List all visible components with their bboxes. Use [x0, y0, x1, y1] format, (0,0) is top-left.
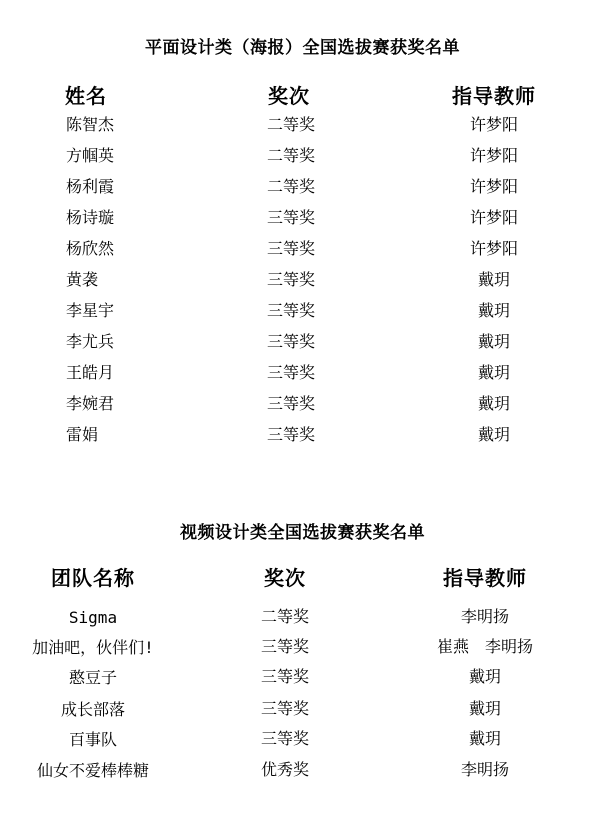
award-cell: 优秀奖	[225, 761, 345, 781]
name-cell: 杨欣然	[66, 240, 114, 260]
table-row: 成长部落 三等奖 戴玥	[0, 700, 605, 724]
table1-header-award: 奖次	[229, 85, 349, 109]
team-cell: Sigma	[7, 608, 179, 628]
name-cell: 杨诗璇	[66, 209, 114, 229]
award-cell: 三等奖	[225, 638, 345, 658]
teacher-cell: 戴玥	[404, 395, 584, 415]
table-row: 杨欣然 三等奖 许梦阳	[0, 240, 605, 264]
table-row: 黄袭 三等奖 戴玥	[0, 271, 605, 295]
award-cell: 三等奖	[231, 333, 351, 353]
table2-header-team: 团队名称	[7, 567, 179, 591]
name-cell: 王皓月	[66, 364, 114, 384]
name-cell: 李尤兵	[66, 333, 114, 353]
teacher-cell: 李明扬	[395, 608, 575, 628]
award-cell: 三等奖	[231, 240, 351, 260]
table-row: 杨利霞 二等奖 许梦阳	[0, 178, 605, 202]
table-row: 王皓月 三等奖 戴玥	[0, 364, 605, 388]
award-cell: 三等奖	[231, 209, 351, 229]
table2-header-row: 团队名称 奖次 指导教师	[0, 567, 605, 591]
name-cell: 雷娟	[66, 426, 98, 446]
team-cell: 仙女不爱棒棒糖	[7, 761, 179, 781]
name-cell: 李婉君	[66, 395, 114, 415]
team-cell: 成长部落	[7, 700, 179, 720]
teacher-cell: 戴玥	[404, 426, 584, 446]
teacher-cell: 许梦阳	[404, 178, 584, 198]
award-cell: 三等奖	[231, 302, 351, 322]
award-cell: 二等奖	[225, 608, 345, 628]
section2-title: 视频设计类全国选拔赛获奖名单	[0, 522, 605, 544]
teacher-cell: 戴玥	[404, 271, 584, 291]
teacher-cell: 许梦阳	[404, 240, 584, 260]
table-row: 杨诗璇 三等奖 许梦阳	[0, 209, 605, 233]
teacher-cell: 许梦阳	[404, 147, 584, 167]
table1-header-teacher: 指导教师	[404, 85, 584, 109]
teacher-cell: 戴玥	[404, 302, 584, 322]
teacher-cell: 戴玥	[404, 333, 584, 353]
table-row: 李星宇 三等奖 戴玥	[0, 302, 605, 326]
teacher-cell: 戴玥	[395, 668, 575, 688]
award-cell: 二等奖	[231, 178, 351, 198]
team-cell: 加油吧，伙伴们!	[7, 638, 179, 658]
table-row: 加油吧，伙伴们! 三等奖 崔燕 李明扬	[0, 638, 605, 662]
award-cell: 三等奖	[225, 700, 345, 720]
name-cell: 李星宇	[66, 302, 114, 322]
teacher-cell: 许梦阳	[404, 116, 584, 136]
table1-header-row: 姓名 奖次 指导教师	[0, 85, 605, 109]
table-row: 雷娟 三等奖 戴玥	[0, 426, 605, 450]
teacher-cell: 戴玥	[404, 364, 584, 384]
award-cell: 三等奖	[231, 271, 351, 291]
award-cell: 三等奖	[231, 426, 351, 446]
table-row: Sigma 二等奖 李明扬	[0, 608, 605, 632]
team-cell: 百事队	[7, 730, 179, 750]
table1-header-name: 姓名	[65, 85, 107, 109]
teacher-cell: 崔燕 李明扬	[395, 638, 575, 658]
award-cell: 三等奖	[225, 668, 345, 688]
name-cell: 方帼英	[66, 147, 114, 167]
award-cell: 三等奖	[231, 364, 351, 384]
teacher-cell: 戴玥	[395, 730, 575, 750]
table2-header-teacher: 指导教师	[395, 567, 575, 591]
award-cell: 二等奖	[231, 116, 351, 136]
award-cell: 三等奖	[231, 395, 351, 415]
team-cell: 憨豆子	[7, 668, 179, 688]
table-row: 仙女不爱棒棒糖 优秀奖 李明扬	[0, 761, 605, 785]
teacher-cell: 戴玥	[395, 700, 575, 720]
teacher-cell: 许梦阳	[404, 209, 584, 229]
name-cell: 杨利霞	[66, 178, 114, 198]
name-cell: 陈智杰	[66, 116, 114, 136]
table-row: 陈智杰 二等奖 许梦阳	[0, 116, 605, 140]
table-row: 憨豆子 三等奖 戴玥	[0, 668, 605, 692]
table-row: 百事队 三等奖 戴玥	[0, 730, 605, 754]
name-cell: 黄袭	[66, 271, 98, 291]
table2-header-award: 奖次	[225, 567, 345, 591]
award-cell: 三等奖	[225, 730, 345, 750]
section1-title: 平面设计类（海报）全国选拔赛获奖名单	[0, 37, 605, 59]
table-row: 方帼英 二等奖 许梦阳	[0, 147, 605, 171]
table-row: 李婉君 三等奖 戴玥	[0, 395, 605, 419]
table-row: 李尤兵 三等奖 戴玥	[0, 333, 605, 357]
award-cell: 二等奖	[231, 147, 351, 167]
teacher-cell: 李明扬	[395, 761, 575, 781]
